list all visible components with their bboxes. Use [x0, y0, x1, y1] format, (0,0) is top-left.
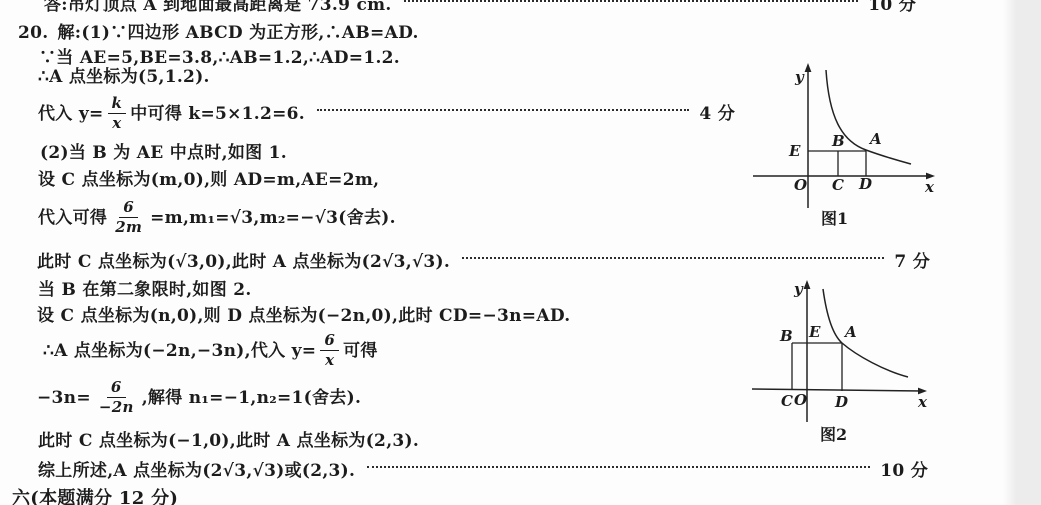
solution-step-with-fraction: 代入 y= k x 中可得 k=5×1.2=6. 4 分	[38, 96, 735, 131]
point-A-label: A	[868, 130, 882, 148]
y-axis-label: y	[794, 68, 805, 86]
step-text: 代入 y=	[38, 102, 104, 126]
step-text: ∴A 点坐标为(5,1.2).	[38, 67, 210, 87]
solution-step-with-fraction: 代入可得 6 2m =m,m₁=√3,m₂=−√3(舍去).	[38, 200, 396, 235]
answer-text: 答:吊灯顶点 A 到地面最高距离是 73.9 cm.	[44, 0, 392, 17]
next-section-heading: 六(本题满分 12 分)	[12, 487, 178, 505]
solution-step-with-fraction: −3n= 6 −2n ,解得 n₁=−1,n₂=1(舍去).	[37, 380, 361, 415]
step-text: 解:(1)∵四边形 ABCD 为正方形,∴AB=AD.	[57, 23, 418, 43]
section-text: 六(本题满分 12 分)	[12, 488, 178, 505]
x-axis	[752, 389, 922, 391]
fraction: 6 x	[320, 333, 339, 368]
solution-step: 此时 C 点坐标为(−1,0),此时 A 点坐标为(2,3).	[38, 429, 419, 453]
point-E-label: E	[788, 142, 801, 160]
x-axis-label: x	[924, 178, 935, 196]
point-B-label: B	[779, 327, 793, 345]
solution-step: (2)当 B 为 AE 中点时,如图 1.	[40, 141, 287, 165]
x-axis-label: x	[917, 393, 928, 411]
step-text: (2)当 B 为 AE 中点时,如图 1.	[40, 143, 287, 163]
fraction-numerator: 6	[119, 200, 138, 218]
fraction: 6 −2n	[95, 380, 138, 415]
origin-label: O	[794, 391, 807, 409]
point-A-label: A	[843, 323, 857, 341]
point-C-label: C	[781, 392, 793, 410]
solution-step-with-fraction: ∴A 点坐标为(−2n,−3n),代入 y= 6 x 可得	[43, 333, 378, 368]
step-text: 当 B 在第二象限时,如图 2.	[38, 280, 252, 300]
step-text: 设 C 点坐标为(m,0),则 AD=m,AE=2m,	[38, 170, 379, 190]
score-label: 10 分	[880, 459, 928, 483]
dotted-leader	[462, 257, 884, 259]
figure-1-hyperbola-square: y x O E B A C D 图1	[745, 56, 1020, 241]
solution-step: 当 B 在第二象限时,如图 2.	[38, 278, 252, 302]
solution-conclusion: 综上所述,A 点坐标为(2√3,√3)或(2,3). 10 分	[38, 459, 928, 483]
y-axis-arrow-icon	[804, 280, 811, 289]
point-D-label: D	[858, 175, 872, 193]
fraction-denominator: x	[321, 351, 338, 368]
dotted-leader	[317, 109, 689, 111]
solution-step: 设 C 点坐标为(m,0),则 AD=m,AE=2m,	[38, 168, 379, 192]
dotted-leader	[404, 0, 859, 2]
step-text: =m,m₁=√3,m₂=−√3(舍去).	[150, 206, 396, 230]
fraction-numerator: 6	[320, 333, 339, 351]
fraction: k x	[108, 96, 127, 131]
solution-step: 20.解:(1)∵四边形 ABCD 为正方形,∴AB=AD.	[18, 21, 419, 45]
fraction-numerator: k	[108, 96, 127, 114]
step-text: 设 C 点坐标为(n,0),则 D 点坐标为(−2n,0),此时 CD=−3n=…	[37, 306, 571, 326]
fraction-numerator: 6	[107, 380, 126, 398]
step-text: 中可得 k=5×1.2=6.	[130, 102, 305, 126]
step-text: 代入可得	[38, 206, 107, 230]
hyperbola-curve	[823, 289, 908, 377]
score-label: 7 分	[894, 250, 930, 274]
solution-step: ∴A 点坐标为(5,1.2).	[38, 65, 210, 89]
origin-label: O	[794, 176, 807, 194]
step-text: 综上所述,A 点坐标为(2√3,√3)或(2,3).	[38, 459, 355, 483]
solution-step: 此时 C 点坐标为(√3,0),此时 A 点坐标为(2√3,√3). 7 分	[37, 250, 930, 274]
y-axis-arrow-icon	[805, 63, 812, 72]
step-text: ∴A 点坐标为(−2n,−3n),代入 y=	[43, 339, 316, 363]
score-label: 4 分	[699, 102, 735, 126]
point-E-label: E	[808, 323, 821, 341]
problem-number: 20.	[18, 23, 48, 43]
fraction-denominator: 2m	[111, 218, 146, 235]
fraction-denominator: −2n	[95, 398, 138, 415]
step-text: 可得	[343, 339, 378, 363]
dotted-leader	[367, 466, 870, 468]
point-C-label: C	[832, 176, 844, 194]
solution-page: 答:吊灯顶点 A 到地面最高距离是 73.9 cm. 10 分 20.解:(1)…	[0, 0, 1041, 505]
figure-2-caption: 图2	[820, 425, 847, 444]
solution-step: 设 C 点坐标为(n,0),则 D 点坐标为(−2n,0),此时 CD=−3n=…	[37, 304, 571, 328]
score-label: 10 分	[868, 0, 916, 17]
fraction: 6 2m	[111, 200, 146, 235]
figure-1-caption: 图1	[821, 209, 848, 228]
y-axis-label: y	[793, 280, 804, 298]
answer-line-prev-problem: 答:吊灯顶点 A 到地面最高距离是 73.9 cm. 10 分	[44, 0, 916, 17]
page-edge-shadow	[1003, 0, 1041, 505]
step-text: 此时 C 点坐标为(√3,0),此时 A 点坐标为(2√3,√3).	[37, 250, 450, 274]
point-B-label: B	[831, 132, 845, 150]
step-text: −3n=	[37, 386, 91, 410]
fraction-denominator: x	[108, 114, 125, 131]
point-D-label: D	[834, 393, 848, 411]
step-text: ,解得 n₁=−1,n₂=1(舍去).	[142, 386, 361, 410]
figure-2-hyperbola-square: y x O B E A C D 图2	[745, 276, 1020, 461]
step-text: 此时 C 点坐标为(−1,0),此时 A 点坐标为(2,3).	[38, 431, 419, 451]
